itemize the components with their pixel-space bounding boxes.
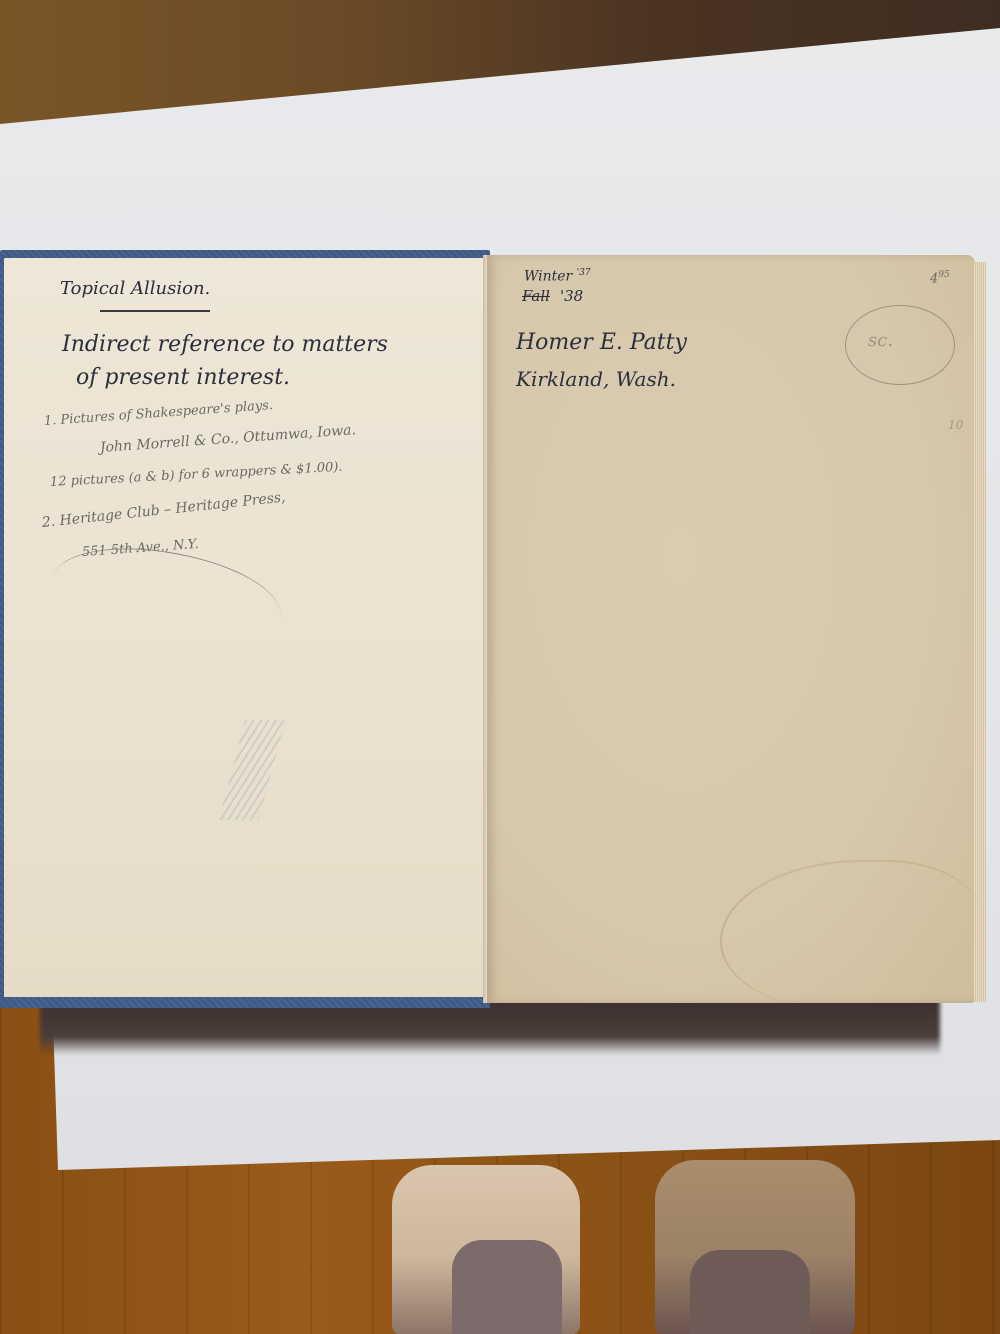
term-year: '38 xyxy=(560,287,583,305)
owner-name: Homer E. Patty xyxy=(516,330,687,355)
embossed-stamp xyxy=(845,305,955,385)
price-cents: 95 xyxy=(938,270,949,280)
owner-location: Kirkland, Wash. xyxy=(516,367,676,391)
left-ankle xyxy=(452,1240,562,1334)
term-winter-text: Winter xyxy=(524,269,572,285)
term-fall-struck: Fall xyxy=(522,287,550,305)
definition-line-2: of present interest. xyxy=(76,365,290,390)
page-edges xyxy=(974,262,986,1002)
margin-mark: 10 xyxy=(948,418,963,432)
stamp-text: sc. xyxy=(868,330,893,351)
right-ankle xyxy=(690,1250,810,1334)
term-winter: Winter '37 xyxy=(524,268,591,285)
term-winter-note: '37 xyxy=(577,268,591,278)
heading-underline xyxy=(100,310,210,312)
definition-line-1: Indirect reference to matters xyxy=(62,332,388,357)
heading-topical-allusion: Topical Allusion. xyxy=(60,278,210,299)
price-mark: 495 xyxy=(930,270,950,286)
